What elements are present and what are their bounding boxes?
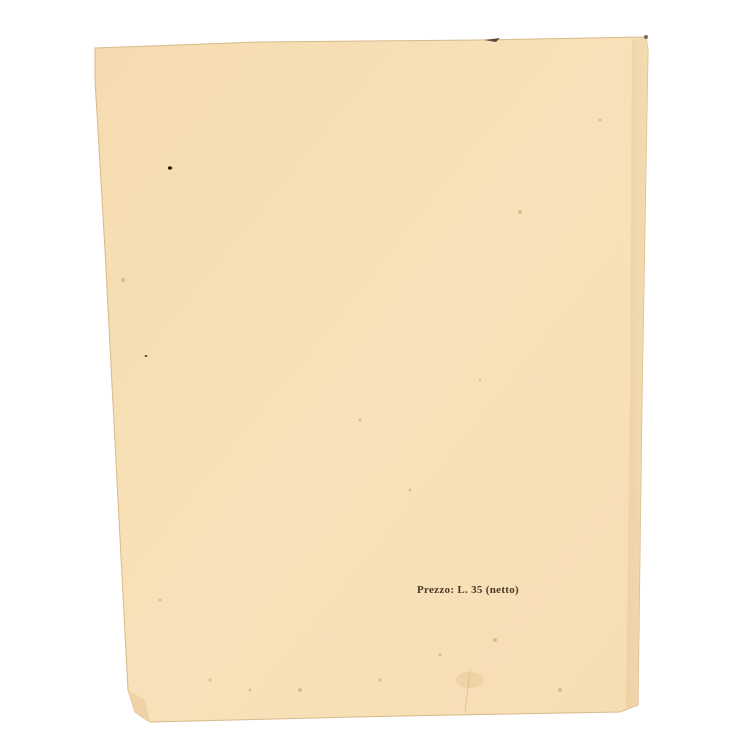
cover-paper (95, 37, 648, 722)
book-back-cover (0, 0, 750, 750)
corner-wear (644, 35, 648, 39)
ink-speck (168, 166, 172, 169)
photo-scene: Prezzo: L. 35 (netto) (0, 0, 750, 750)
price-label: Prezzo: L. 35 (netto) (417, 584, 519, 596)
ink-speck-small (145, 355, 148, 357)
stain-blotch (456, 672, 484, 688)
